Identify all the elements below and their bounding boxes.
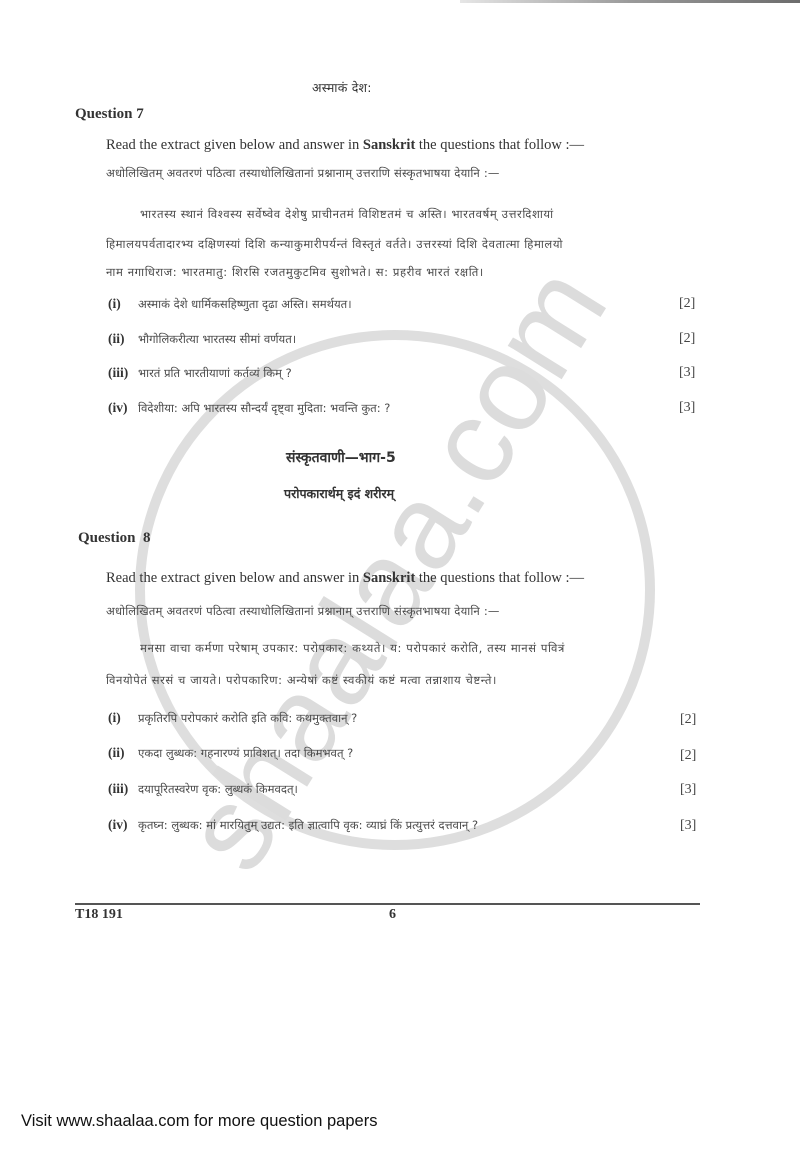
paper-code: T18 191	[75, 907, 123, 923]
sub-question: (iii) दयापूरितस्वरेण वृक: लुब्धकं किमवदत…	[108, 781, 298, 797]
instruction-bold: Sanskrit	[363, 570, 415, 586]
page-number: 6	[389, 907, 396, 923]
passage-line: मनसा वाचा कर्मणा परेषाम् उपकार: परोपकार:…	[140, 641, 565, 656]
sub-question-number: (i)	[108, 296, 138, 312]
sub-question: (i) प्रकृतिरपि परोपकारं करोति इति कवि: क…	[108, 710, 357, 726]
sub-question: (iv) कृतघ्न: लुब्धक: मां मारयितुम् उद्यत…	[108, 817, 478, 833]
question-8-label: Question 8	[78, 530, 151, 547]
instruction-text: the questions that follow :—	[415, 137, 584, 153]
sub-question: (ii) एकदा लुब्धक: गहनारण्यं प्राविशत्। त…	[108, 745, 353, 761]
sub-question-number: (iv)	[108, 400, 138, 416]
marks: [2]	[680, 748, 696, 764]
sub-question-text: भारतं प्रति भारतीयाणां कर्तव्यं किम् ?	[138, 366, 292, 381]
question-8-instruction: Read the extract given below and answer …	[106, 570, 584, 587]
sub-question-number: (ii)	[108, 745, 138, 761]
section-heading-asmakam-desha: अस्माकं देश:	[312, 79, 372, 96]
marks: [2]	[679, 331, 695, 347]
instruction-text: Read the extract given below and answer …	[106, 137, 363, 153]
sub-question-number: (iii)	[108, 365, 138, 381]
sub-question: (iv) विदेशीया: अपि भारतस्य सौन्दर्यं दृष…	[108, 400, 390, 416]
sub-question-text: कृतघ्न: लुब्धक: मां मारयितुम् उद्यत: इति…	[138, 818, 478, 833]
sub-question: (iii) भारतं प्रति भारतीयाणां कर्तव्यं कि…	[108, 365, 292, 381]
passage-line: विनयोपेतं सरसं च जायते। परोपकारिण: अन्ये…	[106, 673, 497, 688]
marks: [3]	[679, 400, 695, 416]
question-7-instruction: Read the extract given below and answer …	[106, 137, 584, 154]
question-8-instruction-sanskrit: अधोलिखितम् अवतरणं पठित्वा तस्याधोलिखितान…	[106, 604, 500, 619]
sub-question-text: दयापूरितस्वरेण वृक: लुब्धकं किमवदत्।	[138, 782, 298, 797]
sub-question-text: विदेशीया: अपि भारतस्य सौन्दर्यं दृष्ट्वा…	[138, 401, 390, 416]
sub-question: (ii) भौगोलिकरीत्या भारतस्य सीमां वर्णयत।	[108, 331, 296, 347]
question-7-instruction-sanskrit: अधोलिखितम् अवतरणं पठित्वा तस्याधोलिखितान…	[106, 166, 500, 181]
footer-rule	[75, 903, 700, 905]
marks: [3]	[680, 818, 696, 834]
sub-question-number: (iv)	[108, 817, 138, 833]
sub-question-number: (i)	[108, 710, 138, 726]
section-title-sanskritavani: संस्कृतवाणी—भाग-5	[286, 448, 396, 467]
passage-line: हिमालयपर्वतादारभ्य दक्षिणस्यां दिशि कन्य…	[106, 237, 563, 252]
marks: [3]	[679, 365, 695, 381]
marks: [2]	[679, 296, 695, 312]
passage-line: नाम नगाधिराज: भारतमातु: शिरसि रजतमुकुटमि…	[106, 265, 484, 280]
passage-line: भारतस्य स्थानं विश्वस्य सर्वेष्वेव देशेष…	[140, 207, 554, 222]
marks: [3]	[680, 782, 696, 798]
sub-question-text: भौगोलिकरीत्या भारतस्य सीमां वर्णयत।	[138, 332, 296, 347]
sub-question-text: अस्माकं देशे धार्मिकसहिष्णुता दृढा अस्ति…	[138, 297, 352, 312]
marks: [2]	[680, 712, 696, 728]
sub-question: (i) अस्माकं देशे धार्मिकसहिष्णुता दृढा अ…	[108, 296, 352, 312]
instruction-bold: Sanskrit	[363, 137, 415, 153]
sub-question-number: (ii)	[108, 331, 138, 347]
instruction-text: Read the extract given below and answer …	[106, 570, 363, 586]
visit-shaalaa-banner[interactable]: Visit www.shaalaa.com for more question …	[21, 1112, 377, 1131]
section-subtitle: परोपकारार्थम् इदं शरीरम्	[284, 485, 394, 502]
exam-page: अस्माकं देश: Question 7 Read the extract…	[0, 0, 800, 1150]
instruction-text: the questions that follow :—	[415, 570, 584, 586]
sub-question-number: (iii)	[108, 781, 138, 797]
question-7-label: Question 7	[75, 106, 144, 123]
sub-question-text: एकदा लुब्धक: गहनारण्यं प्राविशत्। तदा कि…	[138, 746, 353, 761]
sub-question-text: प्रकृतिरपि परोपकारं करोति इति कवि: कथमुक…	[138, 711, 357, 726]
